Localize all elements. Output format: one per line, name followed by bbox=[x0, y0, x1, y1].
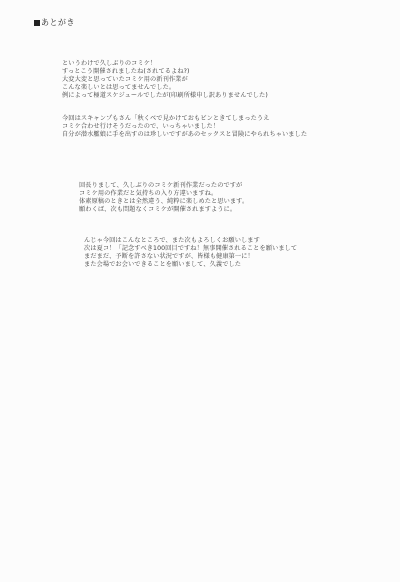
black-square-icon bbox=[34, 20, 40, 26]
text-line: また会場でお会いできることを願いまして、久義でした bbox=[84, 261, 297, 269]
text-line: コミケ合わせ行けそうだったので、いっちゃいました！ bbox=[62, 123, 307, 131]
text-line: 願わくば、次も問題なくコミケが開催されますように。 bbox=[79, 206, 248, 214]
document-page: あとがき というわけで久しぶりのコミケ！ すっとこう開催されましたね(されてるよ… bbox=[0, 0, 400, 582]
text-line: 例によって極道スケジュールでしたが(印刷所様申し訳ありませんでした) bbox=[62, 92, 268, 100]
text-line: 自分が潜水艦娘に手を出すのは珍しいですがあのセックスと冒険にやられちゃいました bbox=[62, 131, 307, 139]
paragraph-1: というわけで久しぶりのコミケ！ すっとこう開催されましたね(されてるよね?) 大… bbox=[62, 60, 268, 100]
heading-title: あとがき bbox=[41, 18, 75, 27]
afterword-heading: あとがき bbox=[34, 17, 75, 28]
paragraph-2: 今回はスキャンプもさん「秋くべで見かけておもビンときてしまったうえ コミケ合わせ… bbox=[62, 115, 307, 139]
text-line: 今回はスキャンプもさん「秋くべで見かけておもビンときてしまったうえ bbox=[62, 115, 307, 123]
text-line: コミケ用の作業だと気持ちの入り方違いますね。 bbox=[79, 190, 248, 198]
text-line: すっとこう開催されましたね(されてるよね?) bbox=[62, 68, 268, 76]
text-line: んじゃ今回はこんなところで、また次もよろしくお願いします bbox=[84, 237, 297, 245]
paragraph-3: 回長りまして、久しぶりのコミケ新刊作業だったのですが コミケ用の作業だと気持ちの… bbox=[79, 182, 248, 214]
text-line: 次は夏コ！「記念すべき100回目ですね！無事開催されることを願いまして bbox=[84, 245, 297, 253]
text-line: というわけで久しぶりのコミケ！ bbox=[62, 60, 268, 68]
paragraph-4: んじゃ今回はこんなところで、また次もよろしくお願いします 次は夏コ！「記念すべき… bbox=[84, 237, 297, 269]
text-line: 回長りまして、久しぶりのコミケ新刊作業だったのですが bbox=[79, 182, 248, 190]
